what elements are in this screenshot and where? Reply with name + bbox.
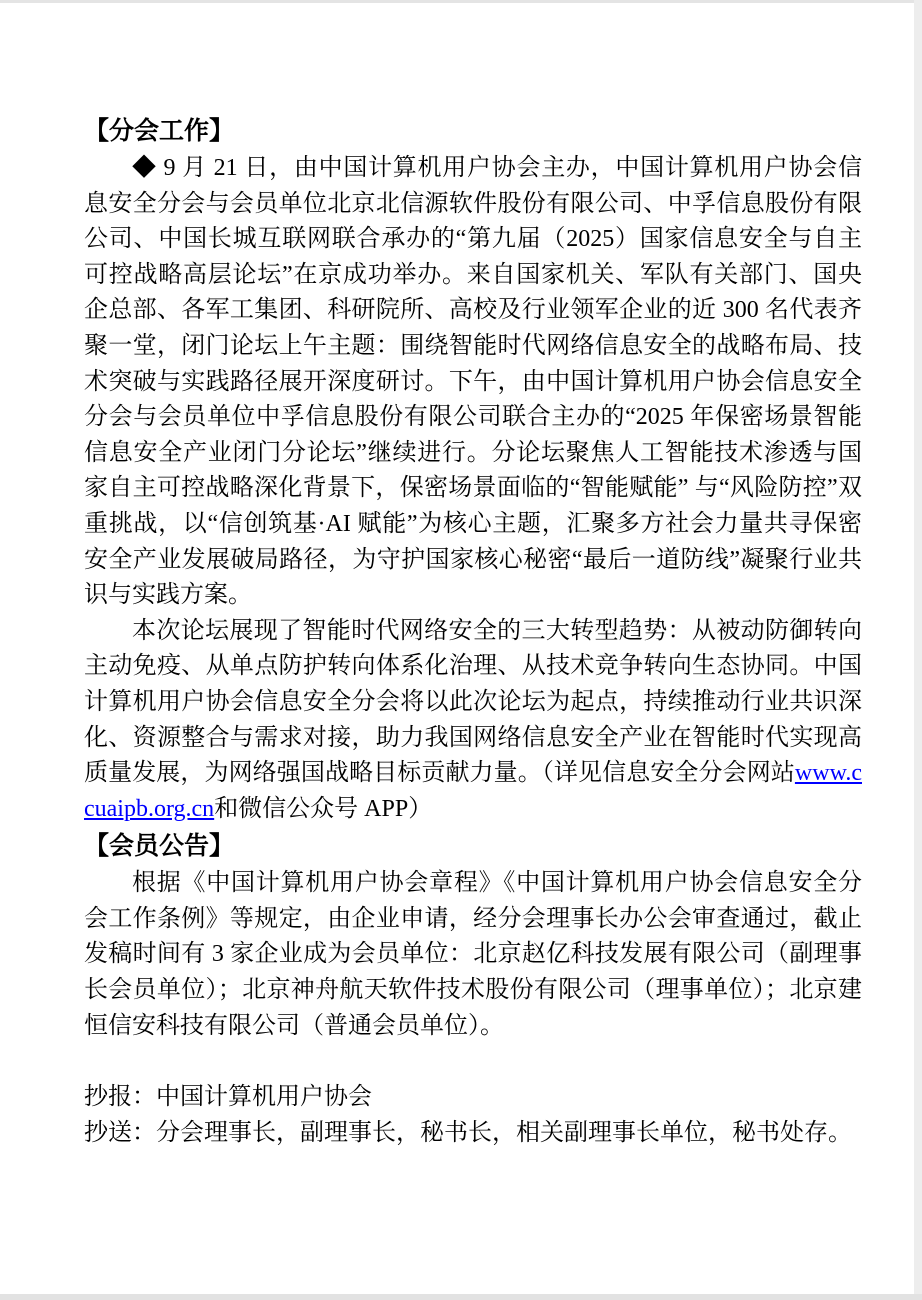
paragraph-forum-report: ◆ 9 月 21 日，由中国计算机用户协会主办，中国计算机用户协会信息安全分会与…: [84, 151, 862, 614]
paragraph-forum-summary-text: 本次论坛展现了智能时代网络安全的三大转型趋势：从被动防御转向主动免疫、从单点防护…: [84, 618, 862, 786]
document-content: 【分会工作】 ◆ 9 月 21 日，由中国计算机用户协会主办，中国计算机用户协会…: [84, 112, 862, 1151]
paragraph-forum-summary: 本次论坛展现了智能时代网络安全的三大转型趋势：从被动防御转向主动免疫、从单点防护…: [84, 614, 862, 828]
paragraph-member-notice: 根据《中国计算机用户协会章程》《中国计算机用户协会信息安全分会工作条例》等规定，…: [84, 866, 862, 1044]
page-edge-right: [914, 0, 922, 1300]
page-edge-bottom: [0, 1294, 922, 1300]
cc-report-line: 抄报：中国计算机用户协会: [84, 1080, 862, 1116]
paragraph-forum-summary-tail: 和微信公众号 APP）: [214, 796, 432, 822]
section-heading-member-notice: 【会员公告】: [84, 827, 862, 866]
document-page: 【分会工作】 ◆ 9 月 21 日，由中国计算机用户协会主办，中国计算机用户协会…: [0, 0, 922, 1300]
section-heading-branch-work: 【分会工作】: [84, 112, 862, 151]
cc-send-line: 抄送：分会理事长，副理事长，秘书长，相关副理事长单位，秘书处存。: [84, 1116, 862, 1152]
page-edge-top: [0, 0, 922, 3]
